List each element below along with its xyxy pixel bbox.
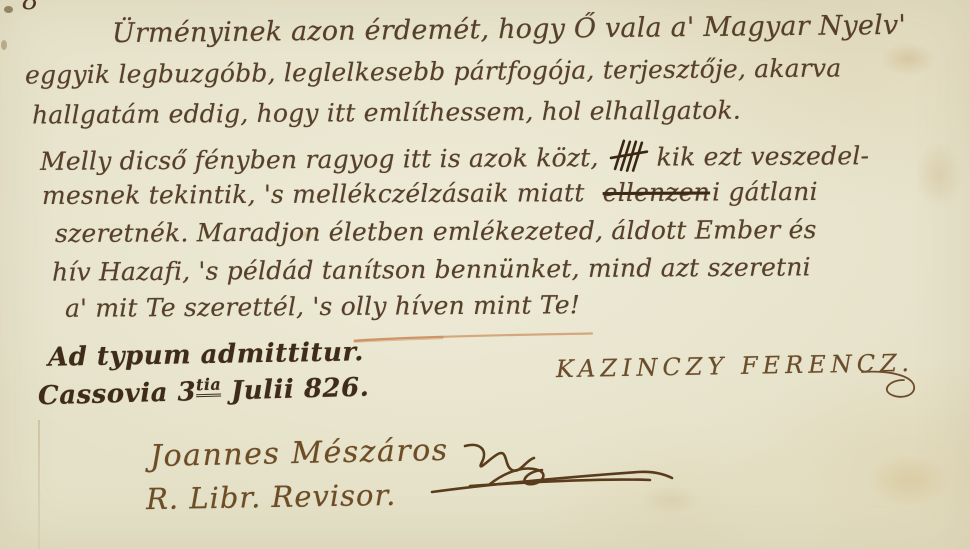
approval-line-1: Ad typum admittitur. (48, 337, 364, 373)
line-6-text: szeretnék. Maradjon életben emlékezeted,… (55, 215, 817, 248)
manuscript-line-5: mesnek tekintik, 's mellékczélzásaik mia… (42, 177, 818, 210)
line-8-text: a' mit Te szerettél, 's olly híven mint … (65, 290, 580, 323)
censor-name: Joannes Mészáros (150, 433, 449, 474)
manuscript-scan: 8 Ürményinek azon érdemét, hogy Ő vala a… (0, 0, 970, 549)
signature-text: KAZINCZY FERENCZ. (556, 349, 914, 383)
paper-stain (880, 42, 936, 76)
manuscript-line-8: a' mit Te szerettél, 's olly híven mint … (65, 290, 580, 323)
line-5-text-b: i gátlani (712, 177, 818, 207)
kazinczy-signature: KAZINCZY FERENCZ. (556, 349, 914, 383)
paper-stain (915, 140, 963, 210)
censor-title: R. Libr. Revisor. (146, 478, 397, 516)
line-3-text: hallgatám eddig, hogy itt említhessem, h… (32, 96, 741, 130)
approval-text: Ad typum admittitur. (48, 337, 364, 373)
censor-title-text: R. Libr. Revisor. (146, 478, 397, 516)
manuscript-line-6: szeretnék. Maradjon életben emlékezeted,… (55, 215, 817, 248)
manuscript-line-3: hallgatám eddig, hogy itt említhessem, h… (32, 96, 741, 130)
manuscript-line-4: Melly dicső fényben ragyog itt is azok k… (40, 136, 869, 182)
paper-seam (38, 420, 40, 549)
approval-date-pre: Cassovia 3 (38, 377, 197, 411)
paper-stain (640, 485, 700, 515)
ink-speck (4, 6, 13, 13)
struck-word-ellenzeni: ellenzen (603, 178, 711, 208)
manuscript-line-2: eggyik legbuzgóbb, leglelkesebb pártfogó… (25, 53, 842, 89)
manuscript-line-1: Ürményinek azon érdemét, hogy Ő vala a' … (112, 10, 906, 49)
page-number-fragment: 8 (22, 0, 39, 16)
paper-stain (868, 455, 948, 507)
line-1-text: Ürményinek azon érdemét, hogy Ő vala a' … (112, 10, 906, 49)
approval-date-post: Julii 826. (221, 373, 370, 407)
line-4-text-b: kik ezt veszedel- (656, 141, 869, 171)
line-4-text-a: Melly dicső fényben ragyog itt is azok k… (40, 143, 599, 176)
censor-name-text: Joannes Mészáros (150, 433, 449, 474)
ink-speck (1, 40, 7, 50)
crossed-out-flourish (430, 440, 700, 498)
line-5-text-a: mesnek tekintik, 's mellékczélzásaik mia… (42, 178, 585, 210)
line-2-text: eggyik legbuzgóbb, leglelkesebb pártfogó… (25, 53, 842, 89)
approval-line-2: Cassovia 3tia Julii 826. (38, 373, 370, 412)
red-pencil-mark (352, 330, 597, 346)
inked-out-word (608, 138, 648, 178)
line-7-text: hív Hazafi, 's példád tanítson bennünket… (52, 252, 811, 286)
manuscript-line-7: hív Hazafi, 's példád tanítson bennünket… (52, 252, 811, 286)
approval-date-superscript: tia (196, 375, 222, 398)
